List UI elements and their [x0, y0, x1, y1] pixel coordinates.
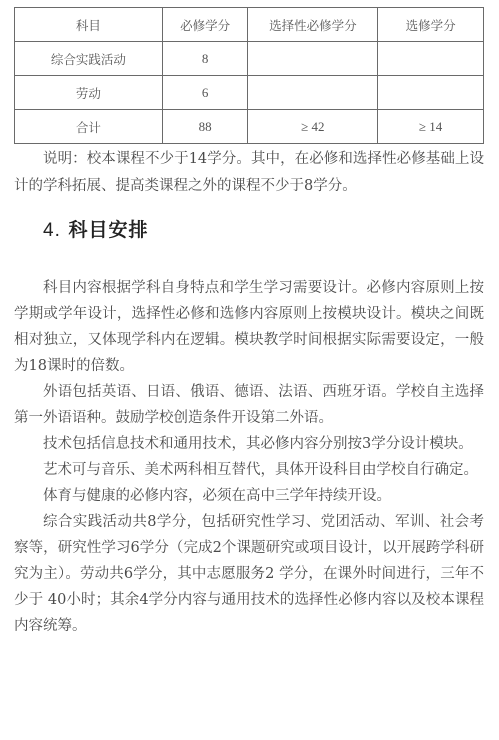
cell-required: 6 [162, 76, 248, 110]
paragraph: 体育与健康的必修内容，必须在高中三学年持续开设。 [14, 483, 484, 509]
table-row-total: 合计 88 ≥ 42 ≥ 14 [15, 110, 484, 144]
note-text: 说明：校本课程不少于14学分。其中，在必修和选择性必修基础上设计的学科拓展、提高… [14, 146, 484, 200]
table-note: 说明：校本课程不少于14学分。其中，在必修和选择性必修基础上设计的学科拓展、提高… [14, 146, 484, 200]
paragraph: 外语包括英语、日语、俄语、德语、法语、西班牙语。学校自主选择第一外语语种。鼓励学… [14, 379, 484, 431]
cell-required: 8 [162, 42, 248, 76]
header-elective-required-credits: 选择性必修学分 [248, 8, 378, 42]
cell-elective [378, 42, 484, 76]
cell-elective-required [248, 42, 378, 76]
cell-subject: 综合实践活动 [15, 42, 163, 76]
paragraph: 艺术可与音乐、美术两科相互替代，具体开设科目由学校自行确定。 [14, 457, 484, 483]
section-number: 4. [43, 220, 61, 241]
section-body: 科目内容根据学科自身特点和学生学习需要设计。必修内容原则上按学期或学年设计，选择… [14, 275, 484, 639]
table-row: 劳动 6 [15, 76, 484, 110]
credits-table: 科目 必修学分 选择性必修学分 选修学分 综合实践活动 8 劳动 6 合计 88… [14, 7, 484, 144]
header-elective-credits: 选修学分 [378, 8, 484, 42]
cell-elective-required: ≥ 42 [248, 110, 378, 144]
header-subject: 科目 [15, 8, 163, 42]
section-heading: 4. 科目安排 [43, 215, 149, 242]
paragraph: 技术包括信息技术和通用技术，其必修内容分别按3学分设计模块。 [14, 431, 484, 457]
section-title: 科目安排 [68, 219, 148, 241]
cell-subject: 劳动 [15, 76, 163, 110]
paragraph: 科目内容根据学科自身特点和学生学习需要设计。必修内容原则上按学期或学年设计，选择… [14, 275, 484, 379]
paragraph: 综合实践活动共8学分，包括研究性学习、党团活动、军训、社会考察等，研究性学习6学… [14, 509, 484, 639]
cell-elective-required [248, 76, 378, 110]
cell-subject: 合计 [15, 110, 163, 144]
cell-elective [378, 76, 484, 110]
table-row: 综合实践活动 8 [15, 42, 484, 76]
header-required-credits: 必修学分 [162, 8, 248, 42]
cell-elective: ≥ 14 [378, 110, 484, 144]
cell-required: 88 [162, 110, 248, 144]
table-header-row: 科目 必修学分 选择性必修学分 选修学分 [15, 8, 484, 42]
